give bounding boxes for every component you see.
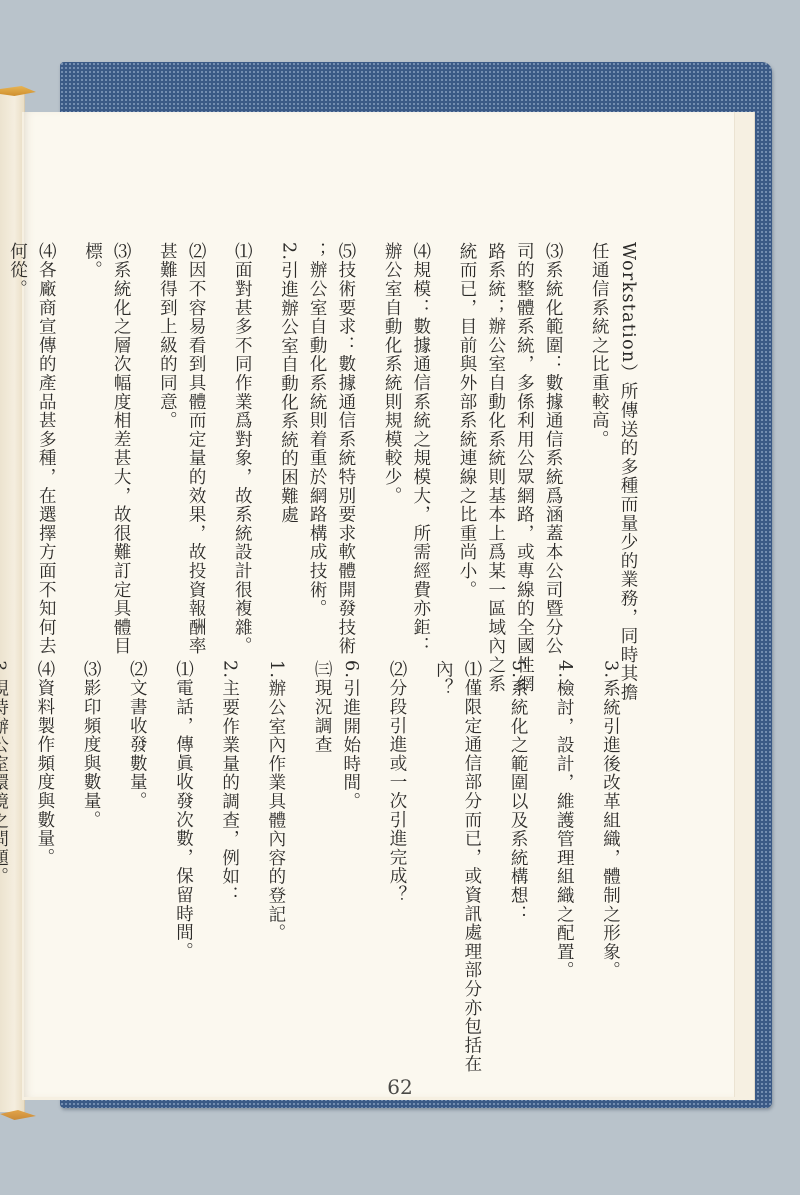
text-column: 路系統；辦公室自動化系統則基本上爲某一區域內之系 (481, 242, 510, 652)
text-column: 甚難得到上級的同意。 (153, 242, 182, 652)
text-column: 任通信系統之比重較高。 (585, 242, 614, 652)
text-column: ⑶系統化範圍：數據通信系統爲涵蓋本公司暨分公 (538, 242, 584, 652)
text-column: 5.系統化之範圍以及系統構想： (503, 660, 549, 1070)
text-column: Workstation）所傳送的多種而量少的業務，同時其擔 (613, 242, 642, 652)
text-column: ⑶系統化之層次幅度相差甚大，故很難訂定具體目 (106, 242, 152, 652)
text-column: ⑵文書收發數量。 (123, 660, 169, 1070)
text-column: 4.檢討，設計，維護管理組織之配置。 (550, 660, 596, 1070)
text-column: 3.系統引進後改革組織，體制之形象。 (596, 660, 642, 1070)
text-column: 2.主要作業量的調查，例如： (215, 660, 261, 1070)
text-column: ㈡高階層對於引進辦公室自動化系統之方針。 (0, 242, 3, 652)
text-column: 何從。 (3, 242, 32, 652)
text-column: ⑸技術要求：數據通信系統特別要求軟體開發技術 (331, 242, 377, 652)
text-column: ⑶影印頻度與數量。 (76, 660, 122, 1070)
text-column: ⑴僅限定通信部分而已，或資訊處理部分亦包括在 (457, 660, 503, 1070)
text-column: ⑵因不容易看到具體而定量的效果，故投資報酬率 (181, 242, 227, 652)
gilt-edge-top (0, 86, 36, 96)
text-column: 司的整體系統，多係利用公眾網路，或專線的全國性網 (510, 242, 539, 652)
text-column: ；辦公室自動化系統則着重於網路構成技術。 (302, 242, 331, 652)
lower-text-block: 3.系統引進後改革組織，體制之形象。4.檢討，設計，維護管理組織之配置。5.系統… (0, 660, 642, 1070)
text-column: 6.引進開始時間。 (336, 660, 382, 1070)
text-column: ⑷各廠商宣傳的產品甚多種，在選擇方面不知何去 (32, 242, 78, 652)
text-column: ㈢現況調查 (307, 660, 336, 1070)
page-number: 62 (0, 1075, 800, 1099)
upper-text-block: Workstation）所傳送的多種而量少的業務，同時其擔任通信系統之比重較高。… (0, 242, 642, 652)
text-column: ⑵分段引進或一次引進完成？ (382, 660, 428, 1070)
text-column: 統而已，目前與外部系統連線之比重尚小。 (452, 242, 481, 652)
text-column: 1.辦公室內作業具體內容的登記。 (261, 660, 307, 1070)
text-column: ⑴電話，傳眞收發次數，保留時間。 (169, 660, 215, 1070)
text-column: 2.引進辦公室自動化系統的困難處 (274, 242, 303, 652)
book-page: Workstation）所傳送的多種而量少的業務，同時其擔任通信系統之比重較高。… (24, 112, 734, 1097)
text-column: ⑷資料製作頻度與數量。 (30, 660, 76, 1070)
text-column: 3.現時辦公室環境之問題。 (0, 660, 30, 1070)
text-column: ⑷規模：數據通信系統之規模大，所需經費亦鉅： (406, 242, 452, 652)
text-column: ⑴面對甚多不同作業爲對象，故系統設計很複雜。 (228, 242, 274, 652)
vertical-text-body: Workstation）所傳送的多種而量少的業務，同時其擔任通信系統之比重較高。… (52, 242, 642, 1142)
text-column: 辦公室自動化系統則規模較少。 (377, 242, 406, 652)
text-column: 標。 (78, 242, 107, 652)
text-column: 內？ (428, 660, 457, 1070)
